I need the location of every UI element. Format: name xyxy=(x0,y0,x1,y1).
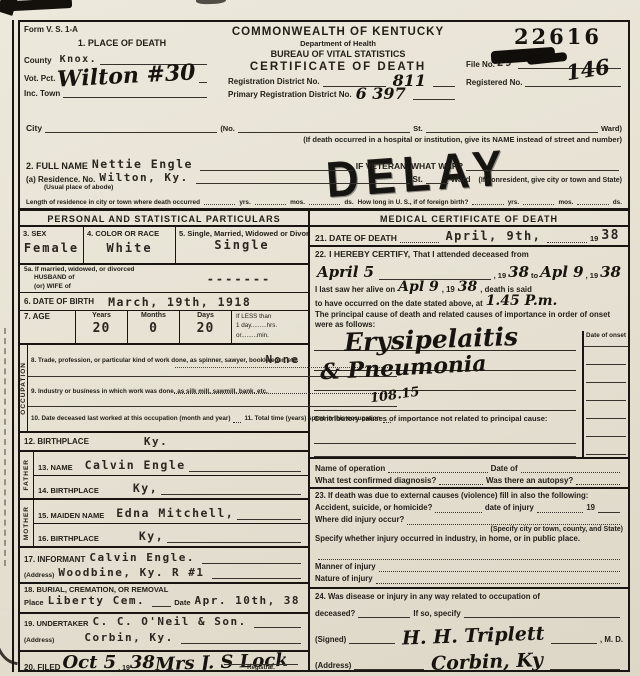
ds-label: ds. xyxy=(344,199,353,206)
date-of-death-row: 21. DATE OF DEATH April, 9th, 19 38 xyxy=(310,227,628,247)
operation-label: Name of operation xyxy=(315,464,385,473)
sex-value: Female xyxy=(23,241,80,255)
blank-line xyxy=(426,177,448,184)
informant-label: 17. INFORMANT xyxy=(24,555,85,564)
age-less-1: If LESS than xyxy=(236,312,306,321)
blank-line xyxy=(439,478,483,485)
ward-label: Ward) xyxy=(601,124,622,133)
residence-label: (a) Residence. No. xyxy=(26,175,95,184)
age-less-cell: If LESS than 1 day.........hrs. or......… xyxy=(232,311,308,343)
marital-cell: 5. Single, Married, Widowed or Divorced … xyxy=(176,227,308,263)
date-of-death-value: April, 9th, xyxy=(445,229,541,243)
occupation-side-text: OCCUPATION xyxy=(20,362,27,415)
external-causes-row: 23. If death was due to external causes … xyxy=(310,489,628,589)
father-group: FATHER 13. NAME Calvin Engle 14. BIRTHPL… xyxy=(20,452,308,500)
residence-ward-label: Ward xyxy=(451,175,471,184)
blank-line xyxy=(407,518,620,525)
city-row: City (No. St. Ward) (If death occurred i… xyxy=(20,122,628,149)
date-of-onset-header: Date of onset xyxy=(584,331,628,347)
certificate-title: CERTIFICATE OF DEATH xyxy=(210,60,466,74)
occurred-text: to have occurred on the date stated abov… xyxy=(315,299,483,308)
operation-row: Name of operation Date of What test conf… xyxy=(310,459,628,489)
husband-label-2: HUSBAND of xyxy=(34,274,174,282)
age-months-cell: Months 0 xyxy=(128,311,180,343)
blank-line xyxy=(204,200,235,205)
blank-line xyxy=(547,235,587,243)
mos-label: mos. xyxy=(558,199,573,206)
if-so-label: If so, specify xyxy=(413,609,460,618)
undertaker-row: 19. UNDERTAKER C. C. O'Neil & Son. (Addr… xyxy=(20,614,308,652)
onset-line xyxy=(586,365,626,383)
date-of-onset-column: Date of onset xyxy=(582,331,628,457)
primary-registration-label: Primary Registration District No. xyxy=(228,90,352,100)
length-text: Length of residence in city or town wher… xyxy=(26,199,200,206)
certify-bold-text: I HEREBY CERTIFY, xyxy=(329,249,410,259)
certify-number: 22. xyxy=(315,250,326,259)
husband-wife-row: 5a. If married, widowed, or divorced HUS… xyxy=(20,265,308,293)
blank-line xyxy=(318,553,620,560)
blank-line xyxy=(152,600,171,607)
blank-line xyxy=(167,536,301,543)
occupation-side-label: OCCUPATION xyxy=(20,345,28,431)
age-years-cell: Years 20 xyxy=(76,311,128,343)
burial-row: 18. BURIAL, CREMATION, OR REMOVAL Place … xyxy=(20,584,308,614)
yrs-label: yrs. xyxy=(239,199,250,206)
registration-district-label: Registration District No. xyxy=(228,77,320,87)
color-race-label: 4. COLOR OR RACE xyxy=(87,229,159,238)
cause-line xyxy=(314,391,576,411)
date-of-birth-label: 6. DATE OF BIRTH xyxy=(24,297,94,306)
year-a-value: 38 xyxy=(508,265,529,280)
blank-line xyxy=(400,235,440,243)
header-left: Form V. S. 1-A 1. PLACE OF DEATH County … xyxy=(24,25,210,122)
burial-place-label: Place xyxy=(24,598,44,607)
mother-maiden-label: 15. MAIDEN NAME xyxy=(38,511,104,520)
filed-year-value: 38 xyxy=(130,654,155,672)
mother-maiden-value: Edna Mitchell, xyxy=(116,506,234,520)
md-label: , M. D. xyxy=(600,635,623,644)
blank-line xyxy=(237,513,301,520)
medical-certificate-column: MEDICAL CERTIFICATE OF DEATH 21. DATE OF… xyxy=(310,211,628,670)
blank-line xyxy=(233,417,241,423)
registered-no-label: Registered No. xyxy=(466,78,522,87)
sex-color-marital-row: 3. SEX Female 4. COLOR OR RACE White 5. … xyxy=(20,227,308,265)
manner-of-injury-label: Manner of injury xyxy=(315,562,376,572)
form-body: PERSONAL AND STATISTICAL PARTICULARS 3. … xyxy=(20,211,628,670)
hospital-note: (If death occurred in a hospital or inst… xyxy=(26,135,622,144)
husband-label-3: (or) WIFE of xyxy=(34,283,174,291)
dod-year-value: 38 xyxy=(601,228,620,243)
undertaker-label: 19. UNDERTAKER xyxy=(24,619,88,628)
filed-label: 20. FILED xyxy=(24,663,60,672)
trade-label: 8. Trade, profession, or particular kind… xyxy=(31,357,171,365)
mother-maiden-row: 15. MAIDEN NAME Edna Mitchell, xyxy=(34,500,308,524)
marital-label: 5. Single, Married, Widowed or Divorced … xyxy=(179,229,308,238)
registrar-label: Registrar. xyxy=(224,664,298,671)
injury-date-label: date of injury xyxy=(485,503,534,513)
husband-label-1: 5a. If married, widowed, or divorced xyxy=(24,266,174,274)
occurred-line: to have occurred on the date stated abov… xyxy=(315,294,623,308)
department-line: Department of Health xyxy=(210,39,466,48)
blank-line xyxy=(523,200,554,205)
date-of-birth-value: March, 19th, 1918 xyxy=(108,295,251,309)
onset-line xyxy=(586,383,626,401)
blank-line xyxy=(349,637,395,644)
blank-line xyxy=(255,200,286,205)
burial-place-value: Liberty Cem. xyxy=(48,594,145,607)
mother-group: MOTHER 15. MAIDEN NAME Edna Mitchell, 16… xyxy=(20,500,308,548)
informant-value: Calvin Engle. xyxy=(89,551,195,564)
blank-line xyxy=(212,572,301,579)
county-label: County xyxy=(24,56,52,65)
last-saw-value: Apl 9 xyxy=(398,280,439,294)
blank-line xyxy=(199,76,207,83)
yrs-label: yrs. xyxy=(508,199,519,206)
filed-row: 20. FILED Oct 5 , 19 38 Mrs J. S Lock Re… xyxy=(20,652,308,672)
date-of-death-label: 21. DATE OF DEATH xyxy=(315,233,397,243)
specify-where-text: Specify whether injury occurred in indus… xyxy=(315,534,623,544)
autopsy-label: Was there an autopsy? xyxy=(486,476,573,485)
occupation-question-text: 24. Was disease or injury in any way rel… xyxy=(315,592,623,601)
color-race-value: White xyxy=(87,241,172,255)
blank-line xyxy=(189,465,301,472)
blank-line xyxy=(550,663,620,670)
nature-of-injury-label: Nature of injury xyxy=(315,574,373,584)
blank-line xyxy=(161,488,301,495)
blank-line xyxy=(577,200,608,205)
dod-19: 19 xyxy=(590,234,598,243)
blank-line xyxy=(576,478,620,485)
blank-line xyxy=(551,637,597,644)
onset-line xyxy=(586,347,626,365)
certificate-form: Form V. S. 1-A 1. PLACE OF DEATH County … xyxy=(18,20,630,672)
burial-year-value: 38 xyxy=(284,594,300,607)
deceased-question-label: deceased? xyxy=(315,609,355,618)
attended-from-value: April 5 xyxy=(317,265,374,280)
contributory-text: Contributory causes of importance not re… xyxy=(314,411,576,431)
undertaker-address-value: Corbin, Ky. xyxy=(84,631,173,644)
attended-to-value: Apl 9 xyxy=(540,265,583,280)
blank-line xyxy=(45,126,217,133)
veteran-label: IF VETERAN, WHAT WAR? xyxy=(356,161,464,171)
primary-cause-value: Erysipelaitis xyxy=(344,324,519,355)
inc-town-line: Inc. Town xyxy=(24,89,210,98)
blank-line xyxy=(379,565,620,572)
burial-date-label: Date xyxy=(174,598,190,607)
blank-line xyxy=(354,663,424,670)
undertaker-value: C. C. O'Neil & Son. xyxy=(92,615,246,628)
father-name-value: Calvin Engle xyxy=(85,458,186,472)
nonresident-note: (If nonresident, give city or town and S… xyxy=(478,177,622,184)
burial-date-value: Apr. 10th, xyxy=(195,594,276,607)
blank-line xyxy=(472,200,503,205)
informant-address-label: (Address) xyxy=(24,572,54,579)
cause-line xyxy=(314,431,576,444)
residence-row: (a) Residence. No. Wilton, Ky. St. Ward … xyxy=(20,171,628,197)
to-word: to xyxy=(531,271,538,280)
comma-19-b: , 19 xyxy=(586,271,599,280)
medical-certificate-title: MEDICAL CERTIFICATE OF DEATH xyxy=(310,211,628,227)
residence-st-label: St. xyxy=(413,175,423,184)
marital-value: Single xyxy=(179,238,305,252)
blank-line xyxy=(537,506,583,513)
age-label-cell: 7. AGE xyxy=(20,311,76,343)
accident-label: Accident, suicide, or homicide? xyxy=(315,503,432,513)
registration-district-line: Registration District No. 811 xyxy=(228,77,458,87)
cause-line xyxy=(314,444,576,457)
filed-19: , 19 xyxy=(118,665,130,672)
age-label: 7. AGE xyxy=(24,312,50,321)
mos-label: mos. xyxy=(290,199,305,206)
undertaker-address-label: (Address) xyxy=(24,637,54,644)
physician-address-label: (Address) xyxy=(315,661,351,670)
last-saw-text: I last saw her alive on xyxy=(315,285,395,294)
external-causes-text: 23. If death was due to external causes … xyxy=(315,491,623,501)
signed-label: (Signed) xyxy=(315,635,346,644)
blank-line xyxy=(464,611,620,618)
husband-value: ------- xyxy=(174,272,304,286)
form-number: Form V. S. 1-A xyxy=(24,25,210,34)
cause-of-death-area: Contributory causes of importance not re… xyxy=(310,331,628,457)
certify-rest-text: That I attended deceased from xyxy=(413,250,529,259)
mother-side-text: MOTHER xyxy=(23,506,30,540)
precinct-value: Wilton #30 xyxy=(57,61,197,90)
father-birthplace-row: 14. BIRTHPLACE Ky, xyxy=(34,476,308,499)
registered-no-value: 146 xyxy=(565,56,612,84)
occupation-relation-row: 24. Was disease or injury in any way rel… xyxy=(310,589,628,670)
age-days-label: Days xyxy=(180,312,231,319)
residence-value: Wilton, Ky. xyxy=(99,171,188,184)
margin-note-dashes xyxy=(4,328,6,566)
specify-location-note: (Specify city or town, county, and State… xyxy=(315,525,623,534)
personal-particulars-title: PERSONAL AND STATISTICAL PARTICULARS xyxy=(20,211,308,227)
age-years-value: 20 xyxy=(76,321,127,336)
father-name-row: 13. NAME Calvin Engle xyxy=(34,452,308,476)
blank-line xyxy=(200,163,353,171)
color-race-cell: 4. COLOR OR RACE White xyxy=(84,227,176,263)
year-b-value: 38 xyxy=(600,265,621,280)
age-less-3: or.........min. xyxy=(236,331,306,340)
age-months-label: Months xyxy=(128,312,179,319)
blank-line xyxy=(521,466,620,473)
blank-line xyxy=(435,506,481,513)
full-name-value: Nettie Engle xyxy=(92,157,193,171)
blank-line xyxy=(202,557,301,564)
age-years-label: Years xyxy=(76,312,127,319)
birthplace-value: Ky. xyxy=(144,435,168,448)
blank-line xyxy=(413,93,455,100)
blank-line xyxy=(181,637,301,644)
last-saw-line: I last saw her alive on Apl 9 , 19 38 , … xyxy=(315,280,623,294)
foreign-text: How long in U. S., if of foreign birth? xyxy=(358,199,469,206)
comma-19-a: , 19 xyxy=(494,271,507,280)
physician-signature: H. H. Triplett xyxy=(402,625,545,649)
mother-birthplace-row: 16. BIRTHPLACE Ky, xyxy=(34,524,308,547)
full-name-row: 2. FULL NAME Nettie Engle IF VETERAN, WH… xyxy=(20,149,628,171)
inc-town-label: Inc. Town xyxy=(24,89,60,98)
full-name-label: 2. FULL NAME xyxy=(26,161,88,171)
blank-line xyxy=(426,126,598,133)
informant-row: 17. INFORMANT Calvin Engle. (Address) Wo… xyxy=(20,548,308,584)
sex-cell: 3. SEX Female xyxy=(20,227,84,263)
test-label: What test confirmed diagnosis? xyxy=(315,476,436,485)
blank-line xyxy=(388,466,487,473)
blank-line xyxy=(598,506,620,513)
industry-label: 9. Industry or business in which work wa… xyxy=(31,388,171,396)
blank-line xyxy=(466,163,619,171)
onset-line xyxy=(586,419,626,437)
blank-line xyxy=(63,91,207,98)
onset-line xyxy=(586,437,626,455)
last-worked-label: 10. Date deceased last worked at this oc… xyxy=(31,415,230,423)
blank-line xyxy=(309,200,340,205)
form-border-line xyxy=(12,20,14,672)
blank-line xyxy=(254,621,301,628)
age-days-cell: Days 20 xyxy=(180,311,232,343)
operation-date-label: Date of xyxy=(491,464,518,473)
birthplace-row: 12. BIRTHPLACE Ky. xyxy=(20,433,308,452)
age-row: 7. AGE Years 20 Months 0 Days 20 If LES xyxy=(20,311,308,345)
commonwealth-title: COMMONWEALTH OF KENTUCKY xyxy=(210,25,466,39)
header-right: File No. 29 Registered No. 146 xyxy=(466,25,624,122)
informant-address-value: Woodbine, Ky. R #1 xyxy=(58,566,204,579)
filed-date-value: Oct 5 xyxy=(62,654,116,672)
header-center: COMMONWEALTH OF KENTUCKY Department of H… xyxy=(210,25,466,122)
place-of-death-heading: 1. PLACE OF DEATH xyxy=(34,38,210,48)
mother-birthplace-value: Ky, xyxy=(139,529,164,543)
comma-19-c: , 19 xyxy=(442,285,455,294)
blank-line xyxy=(196,177,410,184)
city-label: City xyxy=(26,123,42,133)
primary-registration-value: 6 397 xyxy=(356,86,406,102)
certify-block: 22. I HEREBY CERTIFY, That I attended de… xyxy=(310,247,628,459)
occurred-time-value: 1.45 P.m. xyxy=(486,294,558,308)
sex-label: 3. SEX xyxy=(23,229,46,238)
county-value: Knox. xyxy=(60,54,98,65)
scan-smudge xyxy=(196,0,226,5)
blank-line xyxy=(358,611,410,618)
father-birthplace-label: 14. BIRTHPLACE xyxy=(38,486,99,495)
death-certificate-scan: 22616 DELAY Form V. S. 1-A 1. PLACE OF D… xyxy=(0,0,640,676)
street-label: St. xyxy=(413,124,423,133)
date-of-birth-row: 6. DATE OF BIRTH March, 19th, 1918 xyxy=(20,293,308,311)
blank-line xyxy=(376,577,620,584)
age-less-2: 1 day.........hrs. xyxy=(236,321,306,330)
father-birthplace-value: Ky, xyxy=(133,481,158,495)
father-side-text: FATHER xyxy=(23,459,30,491)
precinct-label: Vot. Pct. xyxy=(24,74,55,83)
bureau-line: BUREAU OF VITAL STATISTICS xyxy=(210,49,466,60)
blank-line xyxy=(238,126,410,133)
age-days-value: 20 xyxy=(180,321,231,336)
length-of-residence-row: Length of residence in city or town wher… xyxy=(20,197,628,211)
occupation-group: OCCUPATION 8. Trade, profession, or part… xyxy=(20,345,308,433)
blank-line xyxy=(433,80,455,87)
where-injury-label: Where did injury occur? xyxy=(315,515,404,525)
injury-19: 19 xyxy=(586,503,595,513)
father-side-label: FATHER xyxy=(20,452,34,498)
year-c-value: 38 xyxy=(458,280,477,294)
mother-side-label: MOTHER xyxy=(20,500,34,546)
father-name-label: 13. NAME xyxy=(38,463,73,472)
precinct-line: Vot. Pct. Wilton #30 xyxy=(24,71,210,83)
abode-note: (Usual place of abode) xyxy=(44,184,622,191)
burial-label: 18. BURIAL, CREMATION, OR REMOVAL xyxy=(24,585,304,594)
birthplace-label: 12. BIRTHPLACE xyxy=(24,437,89,446)
age-months-value: 0 xyxy=(128,321,179,336)
attended-dates-line: April 5 , 19 38 to Apl 9 , 19 38 xyxy=(315,262,623,280)
primary-registration-line: Primary Registration District No. 6 397 xyxy=(228,90,458,100)
personal-particulars-column: PERSONAL AND STATISTICAL PARTICULARS 3. … xyxy=(20,211,310,670)
physician-address-value: Corbin, Ky xyxy=(431,651,544,672)
onset-line xyxy=(586,401,626,419)
form-header: Form V. S. 1-A 1. PLACE OF DEATH County … xyxy=(20,22,628,122)
street-no-label: (No. xyxy=(220,124,235,133)
ds-label: ds. xyxy=(613,199,622,206)
mother-birthplace-label: 16. BIRTHPLACE xyxy=(38,534,99,543)
